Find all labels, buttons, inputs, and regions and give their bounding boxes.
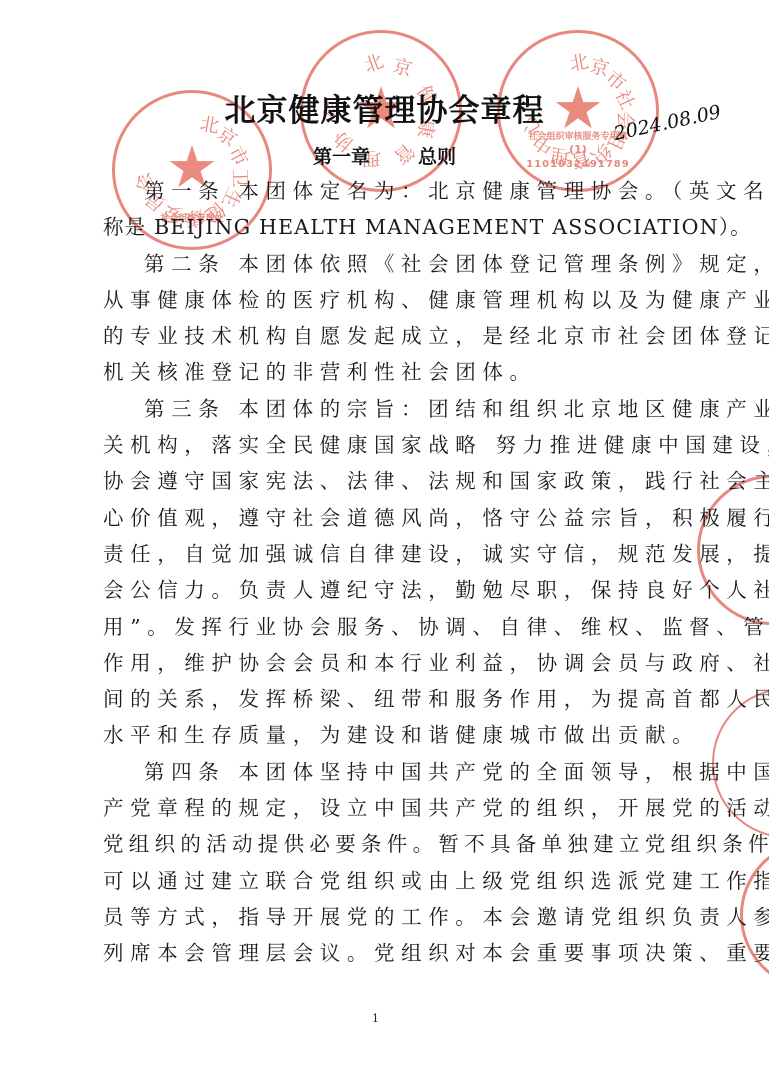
article-3-line-5: 责任，自觉加强诚信自律建设，诚实守信，规范发展，提高社 <box>103 536 663 572</box>
document-body: 第一条 本团体定名为：北京健康管理协会。（英文名 称是 BEIJING HEAL… <box>103 173 663 972</box>
article-4-line-5: 员等方式，指导开展党的工作。本会邀请党组织负责人参加或 <box>103 899 663 935</box>
article-2-line-1: 第二条 本团体依照《社会团体登记管理条例》规定，由 <box>103 246 663 282</box>
article-3-line-2: 关机构，落实全民健康国家战略 努力推进健康中国建设，本 <box>103 427 663 463</box>
article-4-line-1: 第四条 本团体坚持中国共产党的全面领导，根据中国共 <box>103 754 663 790</box>
article-3-line-9: 间的关系，发挥桥梁、纽带和服务作用，为提高首都人民健康 <box>103 681 663 717</box>
article-4-line-3: 党组织的活动提供必要条件。暂不具备单独建立党组织条件的， <box>103 826 663 862</box>
chapter-heading: 第一章总则 <box>0 142 769 169</box>
page-number: 1 <box>372 1012 379 1025</box>
chapter-number: 第一章 <box>313 146 370 168</box>
article-2-line-3: 的专业技术机构自愿发起成立，是经北京市社会团体登记管理 <box>103 318 663 354</box>
article-4-line-6: 列席本会管理层会议。党组织对本会重要事项决策、重要业务 <box>103 935 663 971</box>
article-3-line-10: 水平和生存质量，为建设和谐健康城市做出贡献。 <box>103 717 663 753</box>
article-3-line-8: 作用，维护协会会员和本行业利益，协调会员与政府、社会之 <box>103 645 663 681</box>
article-4-line-2: 产党章程的规定，设立中国共产党的组织，开展党的活动，为 <box>103 790 663 826</box>
article-3-line-6: 会公信力。负责人遵纪守法，勤勉尽职，保持良好个人社会信 <box>103 572 663 608</box>
chapter-name: 总则 <box>418 146 456 168</box>
article-3-line-7: 用”。发挥行业协会服务、协调、自律、维权、监督、管理的 <box>103 609 663 645</box>
article-3-line-3: 协会遵守国家宪法、法律、法规和国家政策，践行社会主义核 <box>103 463 663 499</box>
article-2-line-4: 机关核准登记的非营利性社会团体。 <box>103 354 663 390</box>
article-4-line-4: 可以通过建立联合党组织或由上级党组织选派党建工作指导 <box>103 863 663 899</box>
article-1-line-2: 称是 BEIJING HEALTH MANAGEMENT ASSOCIATION… <box>103 209 663 245</box>
article-1-line-1: 第一条 本团体定名为：北京健康管理协会。（英文名 <box>103 173 663 209</box>
article-3-line-4: 心价值观，遵守社会道德风尚，恪守公益宗旨，积极履行社会 <box>103 500 663 536</box>
article-3-line-1: 第三条 本团体的宗旨：团结和组织北京地区健康产业相 <box>103 391 663 427</box>
article-2-line-2: 从事健康体检的医疗机构、健康管理机构以及为健康产业服务 <box>103 282 663 318</box>
